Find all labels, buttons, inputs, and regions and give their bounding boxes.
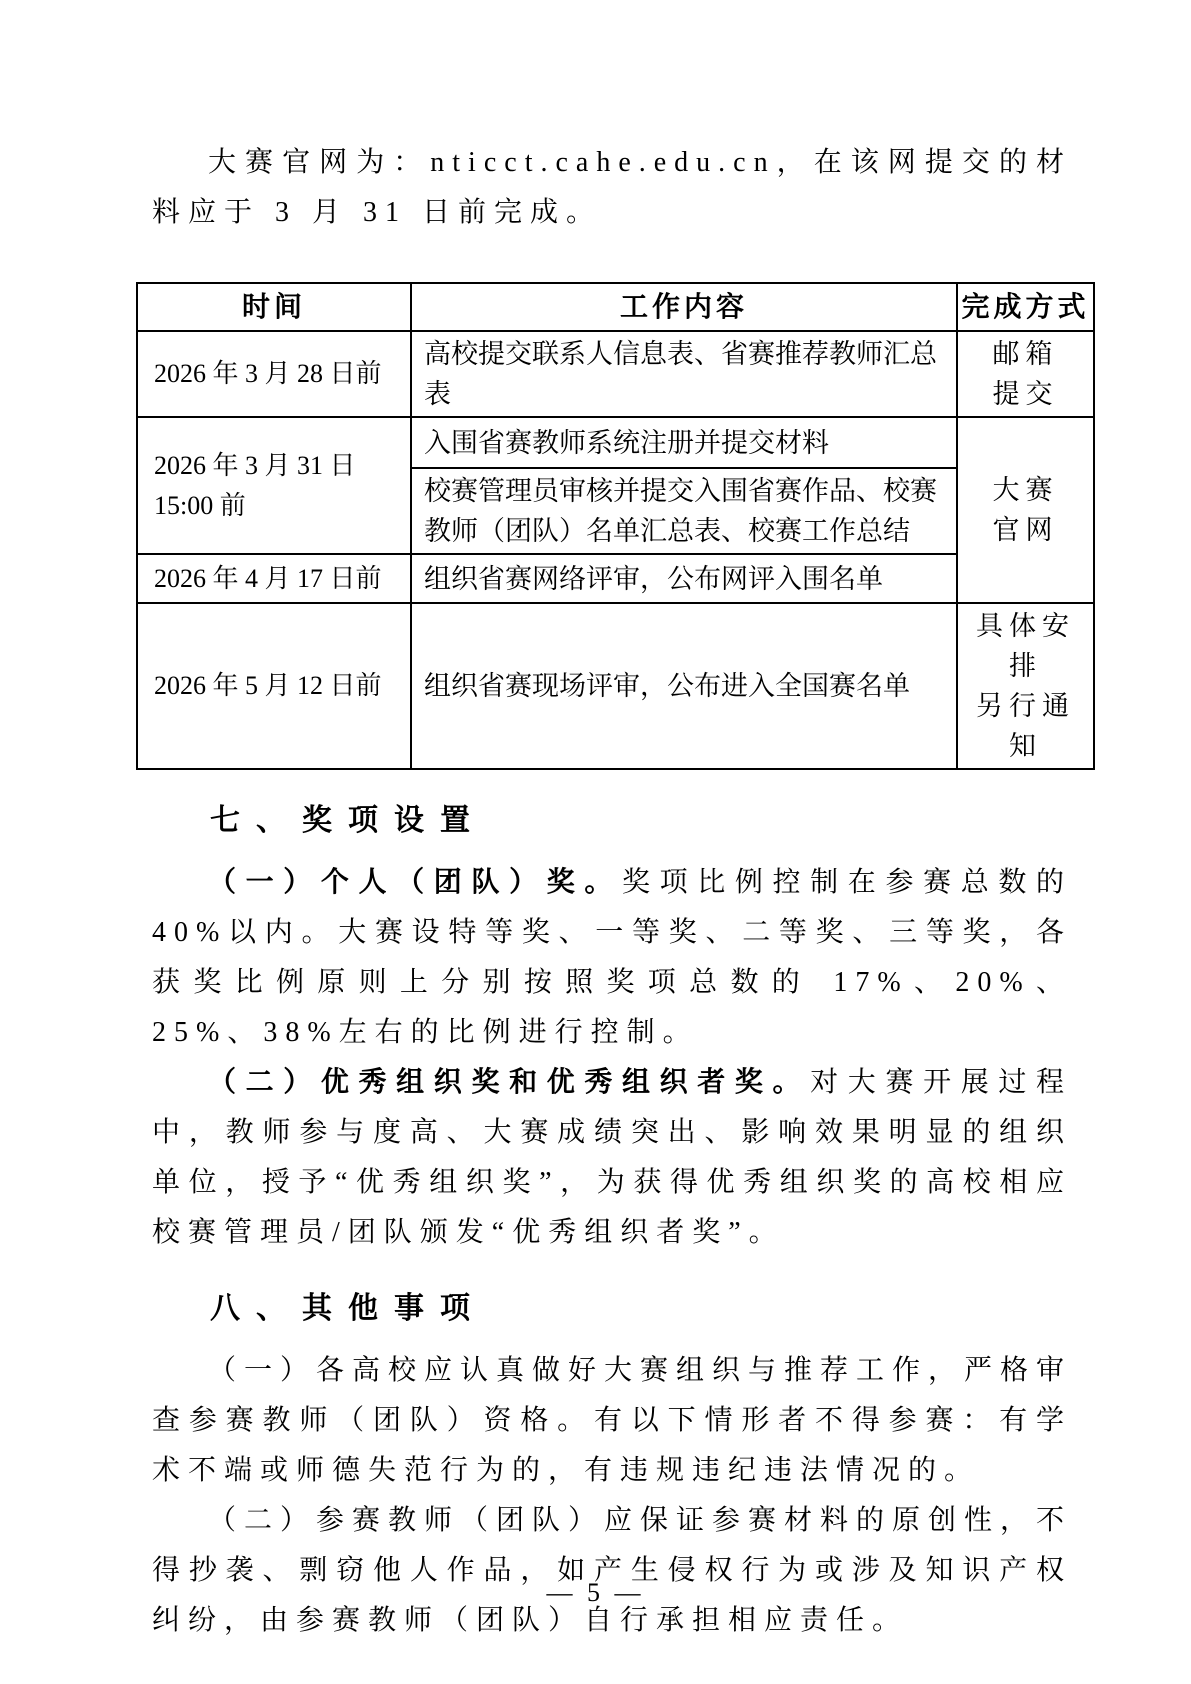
header-cell-method: 完成方式	[957, 283, 1094, 331]
page-number: — 5 —	[0, 1568, 1191, 1618]
cell-time-r1: 2026 年 3 月 28 日前	[137, 331, 411, 417]
table-row: 2026 年 3 月 31 日 15:00 前 入围省赛教师系统注册并提交材料 …	[137, 417, 1094, 468]
cell-time-r2: 2026 年 3 月 31 日 15:00 前	[137, 417, 411, 554]
schedule-table: 时间 工作内容 完成方式 2026 年 3 月 28 日前 高校提交联系人信息表…	[136, 282, 1095, 770]
cell-time-r3: 2026 年 4 月 17 日前	[137, 554, 411, 603]
intro-paragraph: 大赛官网为：nticct.cahe.edu.cn，在该网提交的材料应于 3 月 …	[152, 138, 1072, 238]
cell-task-r2b: 校赛管理员审核并提交入围省赛作品、校赛教师（团队）名单汇总表、校赛工作总结	[411, 468, 957, 554]
header-cell-task: 工作内容	[411, 283, 957, 331]
section-heading-awards: 七、奖项设置	[152, 796, 1072, 846]
cell-method-r1: 邮箱 提交	[957, 331, 1094, 417]
awards-paragraph-2: （二）优秀组织奖和优秀组织者奖。对大赛开展过程中，教师参与度高、大赛成绩突出、影…	[152, 1058, 1072, 1258]
awards-paragraph-1: （一）个人（团队）奖。奖项比例控制在参赛总数的 40%以内。大赛设特等奖、一等奖…	[152, 858, 1072, 1058]
header-cell-time: 时间	[137, 283, 411, 331]
awards-paragraph-1-lead: （一）个人（团队）奖。	[208, 867, 622, 898]
table-row: 2026 年 5 月 12 日前 组织省赛现场评审，公布进入全国赛名单 具体安排…	[137, 603, 1094, 769]
table-header-row: 时间 工作内容 完成方式	[137, 283, 1094, 331]
document-body: 大赛官网为：nticct.cahe.edu.cn，在该网提交的材料应于 3 月 …	[152, 0, 1072, 1646]
cell-task-r2a: 入围省赛教师系统注册并提交材料	[411, 417, 957, 468]
document-page: 大赛官网为：nticct.cahe.edu.cn，在该网提交的材料应于 3 月 …	[0, 0, 1191, 1684]
table-row: 2026 年 3 月 28 日前 高校提交联系人信息表、省赛推荐教师汇总表 邮箱…	[137, 331, 1094, 417]
awards-paragraph-2-lead: （二）优秀组织奖和优秀组织者奖。	[208, 1067, 810, 1098]
cell-task-r4: 组织省赛现场评审，公布进入全国赛名单	[411, 603, 957, 769]
table-row: 2026 年 4 月 17 日前 组织省赛网络评审，公布网评入围名单	[137, 554, 1094, 603]
other-paragraph-1: （一）各高校应认真做好大赛组织与推荐工作，严格审查参赛教师（团队）资格。有以下情…	[152, 1346, 1072, 1496]
cell-task-r1: 高校提交联系人信息表、省赛推荐教师汇总表	[411, 331, 957, 417]
cell-method-r2: 大赛 官网	[957, 417, 1094, 603]
cell-task-r3: 组织省赛网络评审，公布网评入围名单	[411, 554, 957, 603]
cell-time-r4: 2026 年 5 月 12 日前	[137, 603, 411, 769]
section-heading-other: 八、其他事项	[152, 1284, 1072, 1334]
cell-method-r4: 具体安排 另行通知	[957, 603, 1094, 769]
